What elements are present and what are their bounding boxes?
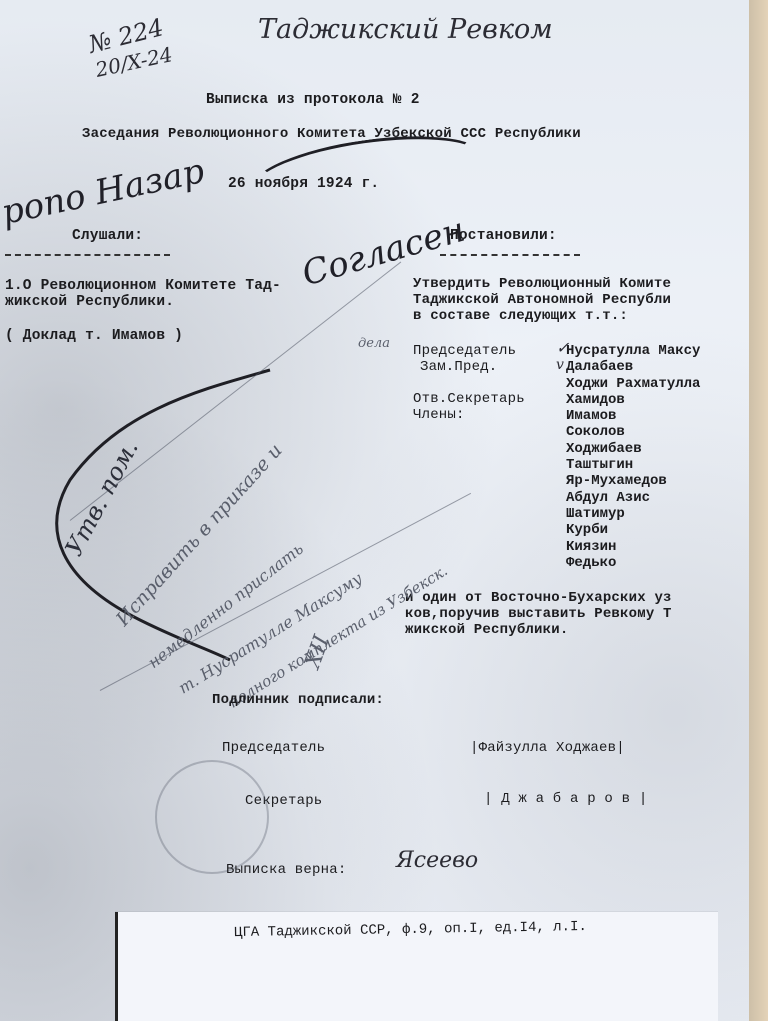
resolved-heading: Постановили: (450, 228, 557, 244)
name-member: Абдул Азис (566, 490, 700, 506)
document-subtitle: Заседания Революционного Комитета Узбекс… (82, 126, 581, 142)
name-secretary: Хамидов (566, 392, 700, 408)
resolved-underline (440, 254, 580, 256)
resolved-text-line3: в составе следующих т.т.: (413, 308, 628, 324)
role-secretary: Отв.Секретарь (413, 391, 525, 407)
resolved-closing-line1: и один от Восточно-Бухарских уз (405, 590, 672, 606)
background-edge (749, 0, 768, 1021)
resolved-closing-line3: жикской Республики. (405, 622, 568, 638)
checkmark-icon: v (556, 357, 564, 373)
name-member: Яр-Мухамедов (566, 473, 700, 489)
heard-item-line2: жикской Республики. (5, 294, 174, 310)
faded-seal-stamp (155, 760, 269, 874)
checkmark-icon: ✓ (556, 338, 569, 357)
name-member: Киязин (566, 539, 700, 555)
resolved-text-line1: Утвердить Революционный Комите (413, 276, 671, 292)
archive-reference-text: ЦГА Таджикской ССР, ф.9, оп.I, ед.I4, л.… (234, 919, 587, 941)
document-title: Выписка из протокола № 2 (206, 92, 420, 108)
role-chairman: Председатель (413, 343, 516, 359)
heard-underline (5, 254, 170, 256)
name-member: Соколов (566, 424, 700, 440)
name-member: Шатимур (566, 506, 700, 522)
name-deputy-2: Ходжи Рахматулла (566, 376, 700, 392)
name-member: Курби (566, 522, 700, 538)
certified-label: Выписка верна: (226, 862, 346, 878)
name-member: Имамов (566, 408, 700, 424)
role-deputy: Зам.Пред. (420, 359, 497, 375)
archive-reference-label: ЦГА Таджикской ССР, ф.9, оп.I, ед.I4, л.… (115, 912, 718, 1021)
chairman-name: |Файзулла Ходжаев| (470, 740, 625, 756)
name-chairman: Нусратулла Максу (566, 343, 700, 359)
name-member: Ходжибаев (566, 441, 700, 457)
committee-names-list: Нусратулла Максу Далабаев Ходжи Рахматул… (566, 343, 700, 571)
certified-signature: Ясеево (396, 848, 478, 873)
name-member: Таштыгин (566, 457, 700, 473)
resolved-text-line2: Таджикской Автономной Республи (413, 292, 671, 308)
name-member: Федько (566, 555, 700, 571)
name-deputy: Далабаев (566, 359, 700, 375)
heard-item-line1: 1.О Революционном Комитете Тад- (5, 278, 281, 294)
chairman-label: Председатель (222, 740, 325, 756)
resolved-closing-line2: ков,поручив выставить Ревкому Т (405, 606, 672, 622)
role-members: Члены: (413, 407, 465, 423)
signatures-heading: Подлинник подписали: (212, 692, 384, 708)
secretary-name: | Д ж а б а р о в | (484, 791, 647, 807)
heard-heading: Слушали: (72, 228, 143, 244)
handwritten-side-note: дела (358, 336, 390, 351)
handwritten-addressee: Таджикский Ревком (258, 14, 553, 45)
